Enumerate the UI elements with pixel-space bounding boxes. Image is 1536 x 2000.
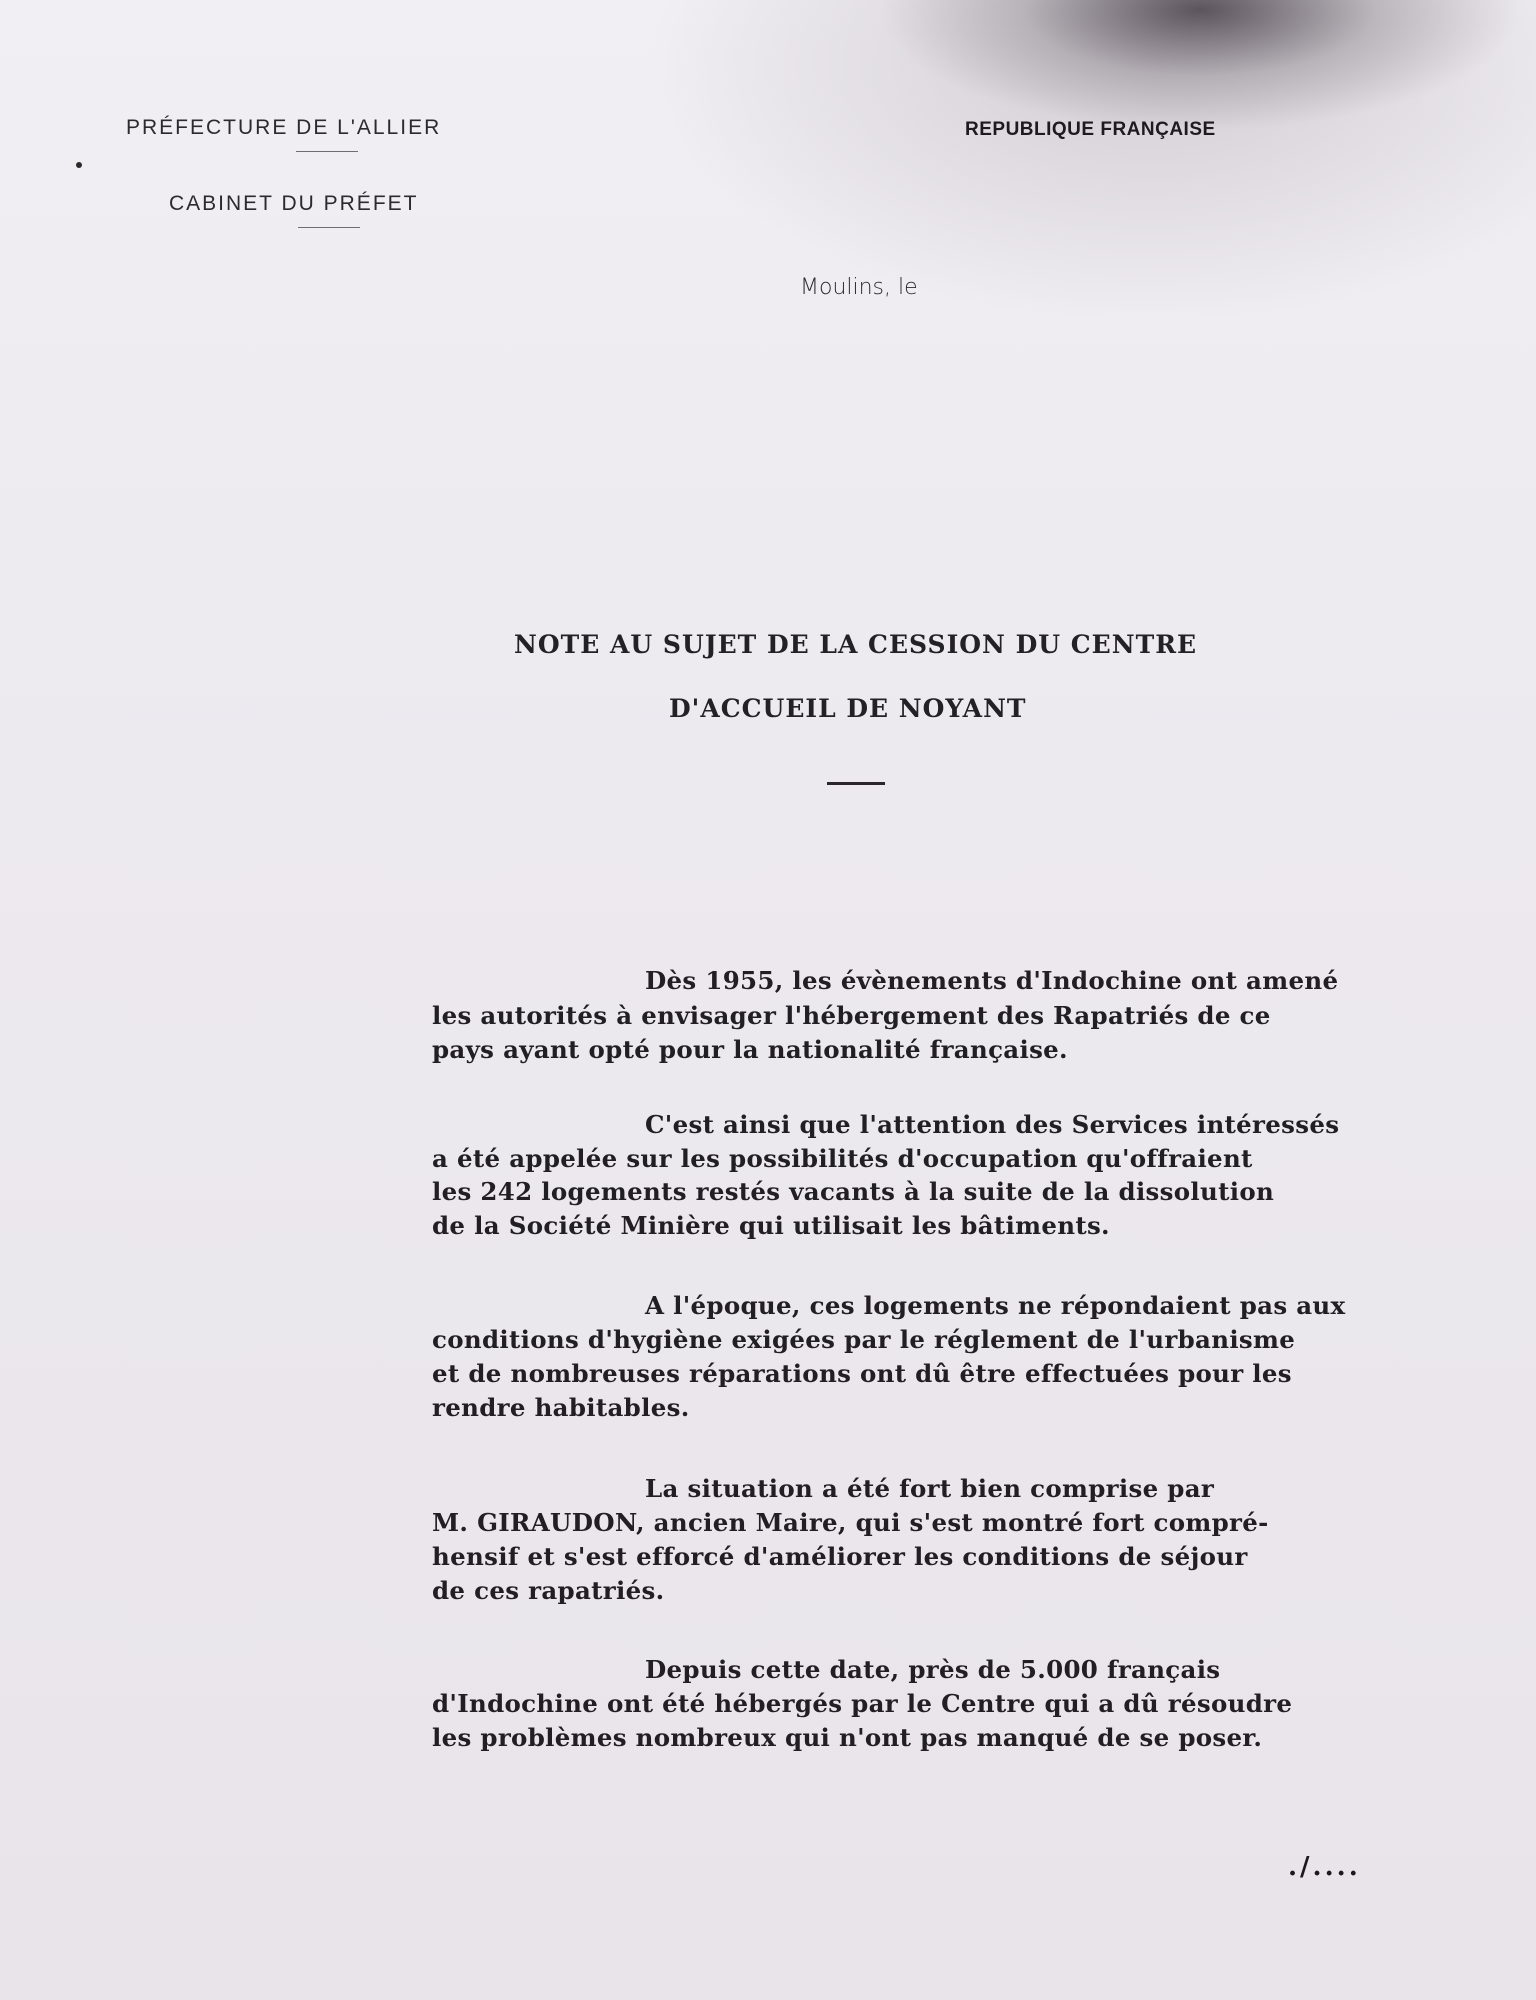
- document-page: PRÉFECTURE DE L'ALLIER CABINET DU PRÉFET…: [0, 0, 1536, 2000]
- paragraph-line: conditions d'hygiène exigées par le régl…: [432, 1325, 1295, 1354]
- paragraph-line: pays ayant opté pour la nationalité fran…: [432, 1035, 1068, 1064]
- paragraph-line: Depuis cette date, près de 5.000 françai…: [645, 1655, 1220, 1684]
- paragraph-line: de la Société Minière qui utilisait les …: [432, 1211, 1110, 1240]
- pen-mark-icon: [76, 162, 82, 168]
- paragraph-line: hensif et s'est efforcé d'améliorer les …: [432, 1542, 1248, 1571]
- paragraph-line: les problèmes nombreux qui n'ont pas man…: [432, 1723, 1262, 1752]
- place-date: Moulins, le: [800, 275, 918, 300]
- title-rule: [827, 782, 885, 785]
- header-rule-1: [296, 151, 358, 152]
- paragraph-line: rendre habitables.: [432, 1393, 690, 1422]
- paragraph-line: d'Indochine ont été hébergés par le Cent…: [432, 1689, 1292, 1718]
- paragraph-line: a été appelée sur les possibilités d'occ…: [432, 1144, 1253, 1173]
- paragraph-line: de ces rapatriés.: [432, 1576, 664, 1605]
- paragraph-line: et de nombreuses réparations ont dû être…: [432, 1359, 1292, 1388]
- continuation-mark: ./....: [1288, 1852, 1361, 1882]
- paragraph-line: Dès 1955, les évènements d'Indochine ont…: [645, 966, 1338, 995]
- paragraph-line: les autorités à envisager l'hébergement …: [432, 1001, 1271, 1030]
- prefecture-heading: PRÉFECTURE DE L'ALLIER: [126, 116, 441, 140]
- paragraph-line: A l'époque, ces logements ne répondaient…: [645, 1291, 1345, 1320]
- paragraph-line: les 242 logements restés vacants à la su…: [432, 1177, 1274, 1206]
- paragraph-line: M. GIRAUDON, ancien Maire, qui s'est mon…: [432, 1508, 1269, 1537]
- cabinet-heading: CABINET DU PRÉFET: [169, 192, 418, 216]
- document-title-line2: D'ACCUEIL DE NOYANT: [669, 694, 1027, 723]
- document-title-line1: NOTE AU SUJET DE LA CESSION DU CENTRE: [514, 630, 1197, 659]
- header-rule-2: [298, 227, 360, 228]
- paragraph-line: La situation a été fort bien comprise pa…: [645, 1474, 1214, 1503]
- republic-heading: REPUBLIQUE FRANÇAISE: [965, 119, 1216, 141]
- paragraph-line: C'est ainsi que l'attention des Services…: [645, 1110, 1339, 1139]
